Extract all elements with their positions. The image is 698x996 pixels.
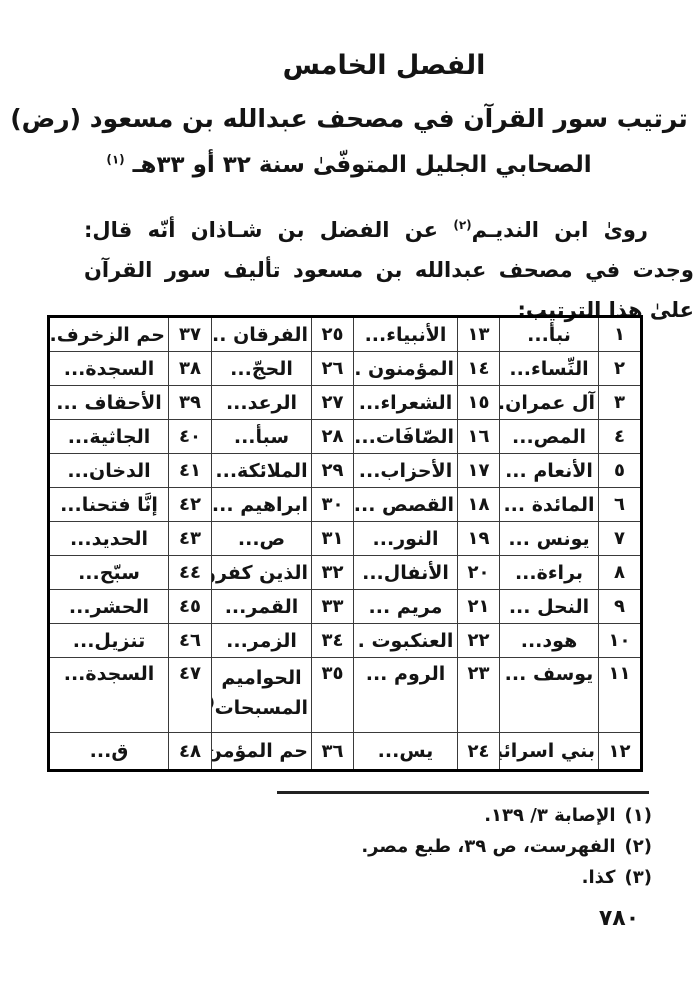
surah-number-cell: ١ [599, 317, 642, 352]
surah-number-cell: ١٣ [458, 317, 500, 352]
surah-name-cell: يوسف ... [500, 658, 599, 733]
footnote-item: (١)الإصابة ٣/ ١٣٩. [60, 800, 652, 831]
surah-name-cell: العنكبوت . [354, 624, 458, 658]
surah-name-cell: النور... [354, 522, 458, 556]
surah-name-cell: إنَّا فتحنا... [49, 488, 169, 522]
table-row: ٨ براءة... ٢٠ الأنفال... ٣٢ الذين كفروا … [49, 556, 642, 590]
surah-number-cell: ١٥ [458, 386, 500, 420]
surah-name-cell: النِّساء... [500, 352, 599, 386]
table-row: ٦ المائدة ... ١٨ القصص ... ٣٠ ابراهيم ..… [49, 488, 642, 522]
surah-number-cell: ٤٥ [169, 590, 212, 624]
surah-name-cell: هود... [500, 624, 599, 658]
surah-name-cell: السجدة... [49, 658, 169, 733]
surah-number-cell: ٤٧ [169, 658, 212, 733]
surah-name-cell: مريم ... [354, 590, 458, 624]
surah-name-cell: الأنفال... [354, 556, 458, 590]
surah-number-cell: ٣٩ [169, 386, 212, 420]
surah-name-cell: الزمر... [212, 624, 312, 658]
surah-number-cell: ١٠ [599, 624, 642, 658]
surah-name-cell: نبأ... [500, 317, 599, 352]
footnote-item: (٣)كذا. [60, 862, 652, 893]
surah-number-cell: ٢٤ [458, 733, 500, 771]
surah-number-cell: ٤١ [169, 454, 212, 488]
surah-number-cell: ٢٧ [312, 386, 354, 420]
table-row: ٧ يونس ... ١٩ النور... ٣١ ص... ٤٣ الحديد… [49, 522, 642, 556]
footnote-item: (٢)الفهرست، ص ٣٩، طبع مصر. [60, 831, 652, 862]
surah-number-cell: ٣٠ [312, 488, 354, 522]
surah-name-cell: الحشر... [49, 590, 169, 624]
surah-number-cell: ٢٦ [312, 352, 354, 386]
footnote-marker: (٣) [625, 867, 652, 888]
surah-name-cell: القمر... [212, 590, 312, 624]
surah-number-cell: ٩ [599, 590, 642, 624]
surah-number-cell: ١٩ [458, 522, 500, 556]
surah-number-cell: ٤٠ [169, 420, 212, 454]
surah-name-cell: الروم ... [354, 658, 458, 733]
surah-number-cell: ٣٤ [312, 624, 354, 658]
surah-name-cell: الأحقاف ... [49, 386, 169, 420]
surah-number-cell: ٣٢ [312, 556, 354, 590]
surah-name-cell: المص... [500, 420, 599, 454]
surah-name-cell: الملائكة... [212, 454, 312, 488]
page-subtitle: الصحابي الجليل المتوفّىٰ سنة ٣٢ أو ٣٣هـ … [0, 152, 698, 178]
table-row: ١١ يوسف ... ٢٣ الروم ... ٣٥ الحواميم الم… [49, 658, 642, 733]
page-title: ترتيب سور القرآن في مصحف عبدالله بن مسعو… [0, 104, 698, 133]
surah-name-cell: حم الزخرف... [49, 317, 169, 352]
surah-name-cell: ص... [212, 522, 312, 556]
surah-number-cell: ٢ [599, 352, 642, 386]
surah-name-cell: الحجّ... [212, 352, 312, 386]
surah-name-cell: الرعد... [212, 386, 312, 420]
surah-name-cell: الذين كفروا [212, 556, 312, 590]
surah-name-cell: سبّح... [49, 556, 169, 590]
surah-number-cell: ١١ [599, 658, 642, 733]
surah-name-cell: الفرقان ... [212, 317, 312, 352]
book-page: الفصل الخامس ترتيب سور القرآن في مصحف عب… [0, 0, 698, 996]
surah-number-cell: ٣٥ [312, 658, 354, 733]
surah-number-cell: ٢١ [458, 590, 500, 624]
intro-paragraph: روىٰ ابن النديـم(٢) عن الفضل بن شـاذان أ… [84, 210, 694, 330]
table-row: ١٢ بني اسرائيل ٢٤ يس... ٣٦ حم المؤمن ٤٨ … [49, 733, 642, 771]
footnote-marker: (١) [625, 805, 652, 826]
surah-number-cell: ٢٣ [458, 658, 500, 733]
surah-number-cell: ٢٥ [312, 317, 354, 352]
footnote-text: الفهرست، ص ٣٩، طبع مصر. [361, 836, 615, 857]
chapter-title: الفصل الخامس [35, 50, 698, 81]
table-row: ٩ النحل ... ٢١ مريم ... ٣٣ القمر... ٤٥ ا… [49, 590, 642, 624]
surah-number-cell: ١٦ [458, 420, 500, 454]
surah-number-cell: ٣٦ [312, 733, 354, 771]
footnote-marker: (٢) [625, 836, 652, 857]
surah-name-cell: الحديد... [49, 522, 169, 556]
surah-name-cell: حم المؤمن [212, 733, 312, 771]
surah-number-cell: ٤٢ [169, 488, 212, 522]
surah-name-cell: يونس ... [500, 522, 599, 556]
surah-name-cell: الأنبياء... [354, 317, 458, 352]
surah-number-cell: ٥ [599, 454, 642, 488]
surah-number-cell: ٣٣ [312, 590, 354, 624]
surah-name-cell: النحل ... [500, 590, 599, 624]
surah-number-cell: ٤٨ [169, 733, 212, 771]
surah-name-line: الحواميم [215, 663, 308, 693]
surah-number-cell: ٢٨ [312, 420, 354, 454]
surah-number-cell: ٣٨ [169, 352, 212, 386]
surah-name-cell: سبأ... [212, 420, 312, 454]
surah-name-cell: الأحزاب... [354, 454, 458, 488]
surah-number-cell: ٢٠ [458, 556, 500, 590]
footnote-text: الإصابة ٣/ ١٣٩. [484, 805, 615, 826]
surah-number-cell: ٦ [599, 488, 642, 522]
page-subtitle-text: الصحابي الجليل المتوفّىٰ سنة ٣٢ أو ٣٣هـ [133, 152, 592, 178]
surah-name-cell: ق... [49, 733, 169, 771]
footnote-text: كذا. [582, 867, 616, 888]
surah-name-line: المسبحات(٣) [215, 693, 308, 723]
footnote-separator [277, 791, 649, 794]
table-row: ٢ النِّساء... ١٤ المؤمنون . . ٢٦ الحجّ..… [49, 352, 642, 386]
surah-order-table: ١ نبأ... ١٣ الأنبياء... ٢٥ الفرقان ... ٣… [47, 315, 643, 772]
surah-number-cell: ٢٢ [458, 624, 500, 658]
surah-number-cell: ٤٤ [169, 556, 212, 590]
table-row: ١ نبأ... ١٣ الأنبياء... ٢٥ الفرقان ... ٣… [49, 317, 642, 352]
page-number: ٧٨٠ [583, 906, 655, 931]
surah-name-cell: الجاثية... [49, 420, 169, 454]
table-row: ٥ الأنعام ... ١٧ الأحزاب... ٢٩ الملائكة.… [49, 454, 642, 488]
surah-name-cell: السجدة... [49, 352, 169, 386]
surah-name-cell: آل عمران... [500, 386, 599, 420]
footnotes: (١)الإصابة ٣/ ١٣٩. (٢)الفهرست، ص ٣٩، طبع… [60, 800, 652, 893]
footnote-ref-1: (١) [106, 152, 124, 166]
surah-name-cell: الحواميم المسبحات(٣) [212, 658, 312, 733]
surah-name-cell: يس... [354, 733, 458, 771]
surah-number-cell: ١٨ [458, 488, 500, 522]
table-row: ٣ آل عمران... ١٥ الشعراء... ٢٧ الرعد... … [49, 386, 642, 420]
surah-name-cell: الدخان... [49, 454, 169, 488]
surah-name-cell: ابراهيم ... [212, 488, 312, 522]
surah-number-cell: ٣٧ [169, 317, 212, 352]
surah-number-cell: ١٢ [599, 733, 642, 771]
surah-number-cell: ٣ [599, 386, 642, 420]
table-row: ١٠ هود... ٢٢ العنكبوت . ٣٤ الزمر... ٤٦ ت… [49, 624, 642, 658]
footnote-ref-2: (٢) [453, 218, 471, 232]
surah-name-cell: القصص ... [354, 488, 458, 522]
surah-number-cell: ٤ [599, 420, 642, 454]
surah-number-cell: ٤٦ [169, 624, 212, 658]
surah-name-cell: براءة... [500, 556, 599, 590]
surah-name-cell: بني اسرائيل [500, 733, 599, 771]
surah-number-cell: ١٧ [458, 454, 500, 488]
surah-number-cell: ٨ [599, 556, 642, 590]
surah-name-text: المسبحات [215, 697, 308, 719]
surah-name-cell: تنزيل... [49, 624, 169, 658]
surah-number-cell: ٣١ [312, 522, 354, 556]
surah-name-cell: الشعراء... [354, 386, 458, 420]
surah-number-cell: ٤٣ [169, 522, 212, 556]
surah-name-cell: المائدة ... [500, 488, 599, 522]
surah-name-cell: الصّافَات... [354, 420, 458, 454]
table-row: ٤ المص... ١٦ الصّافَات... ٢٨ سبأ... ٤٠ ا… [49, 420, 642, 454]
intro-text-1: روىٰ ابن النديـم [472, 218, 648, 242]
surah-name-cell: الأنعام ... [500, 454, 599, 488]
surah-number-cell: ١٤ [458, 352, 500, 386]
surah-number-cell: ٧ [599, 522, 642, 556]
surah-name-cell: المؤمنون . . [354, 352, 458, 386]
surah-number-cell: ٢٩ [312, 454, 354, 488]
